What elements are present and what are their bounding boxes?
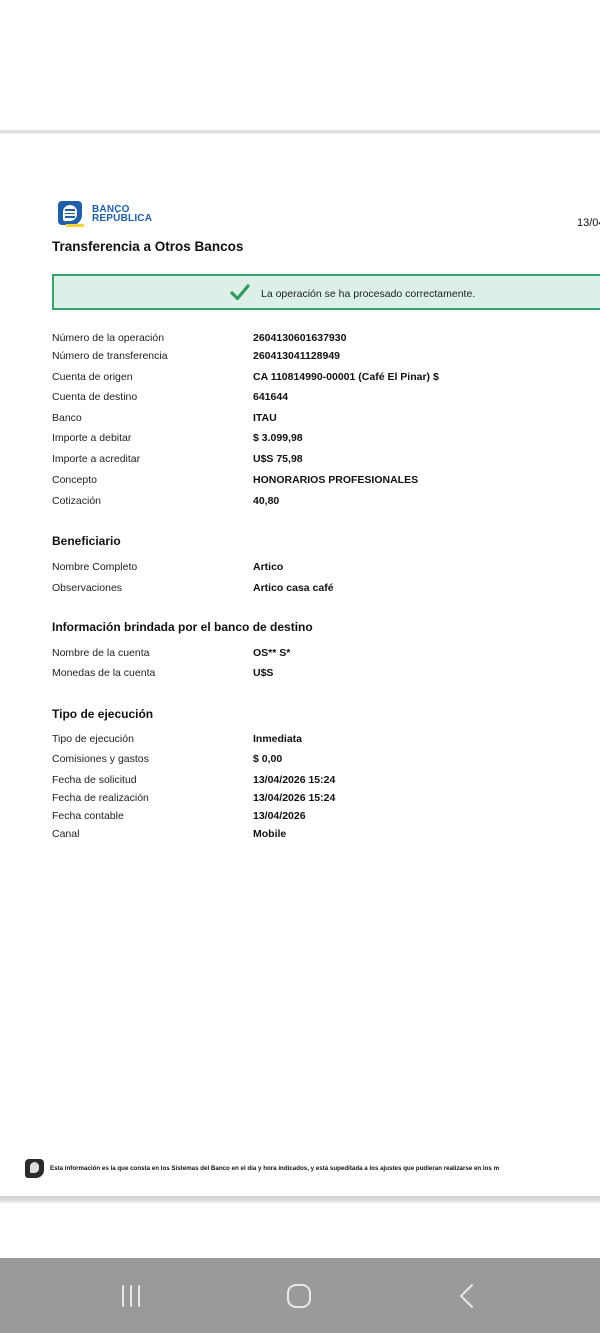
- detail-row-operation-number: Número de la operación 2604130601637930: [52, 332, 600, 346]
- document-date: 13/04: [577, 217, 600, 229]
- beneficiary-row-full-name: Nombre Completo Artico: [52, 561, 600, 575]
- execution-row-request-date: Fecha de solicitud 13/04/2026 15:24: [52, 774, 600, 788]
- detail-label: Nombre Completo: [52, 561, 137, 573]
- detail-value: U$S 75,98: [253, 453, 303, 465]
- execution-row-fees: Comisiones y gastos $ 0,00: [52, 753, 600, 767]
- detail-label: Canal: [52, 828, 79, 840]
- detail-label: Comisiones y gastos: [52, 753, 149, 765]
- execution-row-completion-date: Fecha de realización 13/04/2026 15:24: [52, 792, 600, 806]
- detail-label: Cuenta de destino: [52, 391, 137, 403]
- detail-row-exchange-rate: Cotización 40,80: [52, 495, 600, 509]
- destination-row-account-currency: Monedas de la cuenta U$S: [52, 667, 600, 681]
- execution-row-type: Tipo de ejecución Inmediata: [52, 733, 600, 747]
- detail-row-transfer-number: Número de transferencia 260413041128949: [52, 350, 600, 364]
- execution-row-channel: Canal Mobile: [52, 828, 600, 842]
- detail-label: Nombre de la cuenta: [52, 647, 149, 659]
- bank-name: BANCO REPÚBLICA: [92, 205, 152, 224]
- detail-row-debit-amount: Importe a debitar $ 3.099,98: [52, 432, 600, 446]
- system-navigation-bar: [0, 1258, 600, 1333]
- detail-value: 260413041128949: [253, 350, 340, 362]
- detail-value: 40,80: [253, 495, 279, 507]
- detail-label: Monedas de la cuenta: [52, 667, 155, 679]
- detail-value: CA 110814990-00001 (Café El Pinar) $: [253, 371, 439, 383]
- detail-value: U$S: [253, 667, 273, 679]
- detail-label: Número de transferencia: [52, 350, 168, 362]
- detail-value: 13/04/2026 15:24: [253, 792, 335, 804]
- disclaimer-text: Esta información es la que consta en los…: [50, 1165, 499, 1172]
- detail-value: OS** S*: [253, 647, 290, 659]
- detail-value: Inmediata: [253, 733, 302, 745]
- execution-row-accounting-date: Fecha contable 13/04/2026: [52, 810, 600, 824]
- detail-value: ITAU: [253, 412, 277, 424]
- detail-row-bank: Banco ITAU: [52, 412, 600, 426]
- detail-value: 641644: [253, 391, 288, 403]
- detail-row-origin-account: Cuenta de origen CA 110814990-00001 (Caf…: [52, 371, 600, 385]
- detail-label: Tipo de ejecución: [52, 733, 134, 745]
- document-title: Transferencia a Otros Bancos: [52, 239, 243, 254]
- detail-label: Fecha de realización: [52, 792, 149, 804]
- detail-label: Observaciones: [52, 582, 122, 594]
- bank-name-line2: REPÚBLICA: [92, 214, 152, 224]
- bank-logo: BANCO REPÚBLICA: [58, 201, 152, 227]
- detail-row-credit-amount: Importe a acreditar U$S 75,98: [52, 453, 600, 467]
- home-button[interactable]: [254, 1258, 344, 1333]
- detail-label: Concepto: [52, 474, 97, 486]
- home-icon: [285, 1282, 313, 1310]
- detail-label: Fecha contable: [52, 810, 124, 822]
- bank-logo-icon: [58, 201, 84, 227]
- recent-apps-button[interactable]: [86, 1258, 176, 1333]
- footer-disclaimer: Esta información es la que consta en los…: [25, 1159, 499, 1178]
- detail-value: 13/04/2026: [253, 810, 306, 822]
- detail-value: 2604130601637930: [253, 332, 346, 344]
- detail-value: Artico: [253, 561, 283, 573]
- detail-label: Número de la operación: [52, 332, 164, 344]
- detail-label: Cuenta de origen: [52, 371, 133, 383]
- checkmark-icon: [230, 283, 250, 301]
- detail-label: Banco: [52, 412, 82, 424]
- detail-value: 13/04/2026 15:24: [253, 774, 335, 786]
- document-page: BANCO REPÚBLICA 13/04 Transferencia a Ot…: [0, 134, 600, 1196]
- recent-apps-icon: [118, 1283, 144, 1309]
- detail-row-concept: Concepto HONORARIOS PROFESIONALES: [52, 474, 600, 488]
- detail-value: Mobile: [253, 828, 286, 840]
- detail-label: Importe a acreditar: [52, 453, 140, 465]
- bank-mini-logo-icon: [25, 1159, 44, 1178]
- status-message: La operación se ha procesado correctamen…: [261, 288, 475, 300]
- destination-row-account-name: Nombre de la cuenta OS** S*: [52, 647, 600, 661]
- detail-label: Cotización: [52, 495, 101, 507]
- detail-value: $ 3.099,98: [253, 432, 303, 444]
- detail-label: Fecha de solicitud: [52, 774, 137, 786]
- section-heading-beneficiary: Beneficiario: [52, 534, 121, 548]
- detail-value: $ 0,00: [253, 753, 282, 765]
- detail-label: Importe a debitar: [52, 432, 131, 444]
- detail-value: Artico casa café: [253, 582, 334, 594]
- detail-value: HONORARIOS PROFESIONALES: [253, 474, 418, 486]
- section-heading-destination-bank: Información brindada por el banco de des…: [52, 620, 313, 634]
- success-banner: La operación se ha procesado correctamen…: [52, 274, 600, 310]
- detail-row-destination-account: Cuenta de destino 641644: [52, 391, 600, 405]
- beneficiary-row-observations: Observaciones Artico casa café: [52, 582, 600, 596]
- section-heading-execution: Tipo de ejecución: [52, 707, 153, 721]
- back-icon: [454, 1282, 480, 1310]
- back-button[interactable]: [422, 1258, 512, 1333]
- viewer-bottom-separator: [0, 1196, 600, 1203]
